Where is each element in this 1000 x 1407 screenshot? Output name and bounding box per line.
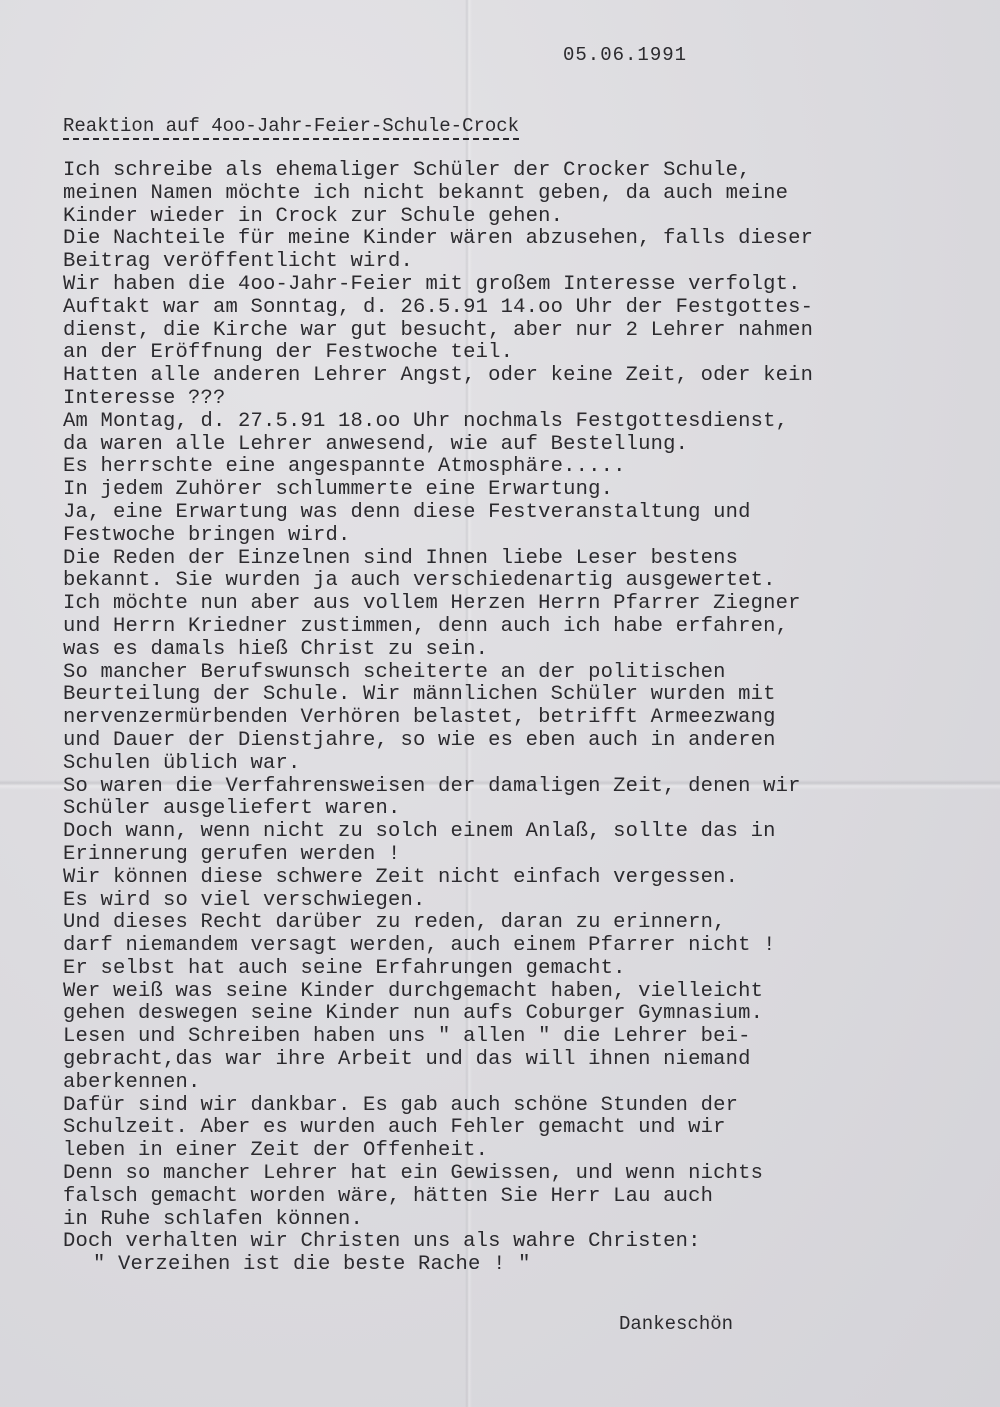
text-line: Schulen üblich war. — [63, 753, 943, 776]
text-line: dienst, die Kirche war gut besucht, aber… — [63, 320, 943, 343]
text-line: gehen deswegen seine Kinder nun aufs Cob… — [63, 1003, 943, 1026]
text-line: und Herrn Kriedner zustimmen, denn auch … — [63, 616, 943, 639]
text-line: darf niemandem versagt werden, auch eine… — [63, 935, 943, 958]
text-line: Ich möchte nun aber aus vollem Herzen He… — [63, 593, 943, 616]
letter-date: 05.06.1991 — [563, 44, 687, 66]
text-line: So mancher Berufswunsch scheiterte an de… — [63, 662, 943, 685]
text-line: an der Eröffnung der Festwoche teil. — [63, 342, 943, 365]
text-line: In jedem Zuhörer schlummerte eine Erwart… — [63, 479, 943, 502]
letter-title: Reaktion auf 4oo-Jahr-Feier-Schule-Crock — [63, 115, 519, 140]
text-line: in Ruhe schlafen können. — [63, 1209, 943, 1232]
text-line: So waren die Verfahrensweisen der damali… — [63, 776, 943, 799]
text-line: Wir können diese schwere Zeit nicht einf… — [63, 867, 943, 890]
text-line: Es wird so viel verschwiegen. — [63, 890, 943, 913]
text-line: Wir haben die 4oo-Jahr-Feier mit großem … — [63, 274, 943, 297]
letter-signoff: Dankeschön — [619, 1313, 733, 1335]
text-line: Festwoche bringen wird. — [63, 525, 943, 548]
text-line: Doch verhalten wir Christen uns als wahr… — [63, 1231, 943, 1254]
text-line: Und dieses Recht darüber zu reden, daran… — [63, 912, 943, 935]
text-line: Beitrag veröffentlicht wird. — [63, 251, 943, 274]
text-line: Denn so mancher Lehrer hat ein Gewissen,… — [63, 1163, 943, 1186]
text-line: meinen Namen möchte ich nicht bekannt ge… — [63, 183, 943, 206]
text-line: und Dauer der Dienstjahre, so wie es ebe… — [63, 730, 943, 753]
text-line: Am Montag, d. 27.5.91 18.oo Uhr nochmals… — [63, 411, 943, 434]
text-line: Beurteilung der Schule. Wir männlichen S… — [63, 684, 943, 707]
text-line: da waren alle Lehrer anwesend, wie auf B… — [63, 434, 943, 457]
text-line: Hatten alle anderen Lehrer Angst, oder k… — [63, 365, 943, 388]
text-line: Schulzeit. Aber es wurden auch Fehler ge… — [63, 1117, 943, 1140]
text-line: gebracht,das war ihre Arbeit und das wil… — [63, 1049, 943, 1072]
text-line: aberkennen. — [63, 1072, 943, 1095]
text-line: Er selbst hat auch seine Erfahrungen gem… — [63, 958, 943, 981]
text-line: leben in einer Zeit der Offenheit. — [63, 1140, 943, 1163]
closing-quote: " Verzeihen ist die beste Rache ! " — [63, 1254, 943, 1277]
text-line: Die Nachteile für meine Kinder wären abz… — [63, 228, 943, 251]
text-line: Wer weiß was seine Kinder durchgemacht h… — [63, 981, 943, 1004]
text-line: Lesen und Schreiben haben uns " allen " … — [63, 1026, 943, 1049]
text-line: Interesse ??? — [63, 388, 943, 411]
text-line: Schüler ausgeliefert waren. — [63, 798, 943, 821]
text-line: was es damals hieß Christ zu sein. — [63, 639, 943, 662]
text-line: Kinder wieder in Crock zur Schule gehen. — [63, 206, 943, 229]
text-line: Es herrschte eine angespannte Atmosphäre… — [63, 456, 943, 479]
text-line: Ja, eine Erwartung was denn diese Festve… — [63, 502, 943, 525]
text-line: Erinnerung gerufen werden ! — [63, 844, 943, 867]
text-line: Doch wann, wenn nicht zu solch einem Anl… — [63, 821, 943, 844]
text-line: Dafür sind wir dankbar. Es gab auch schö… — [63, 1095, 943, 1118]
letter-body: Ich schreibe als ehemaliger Schüler der … — [63, 160, 943, 1277]
text-line: Auftakt war am Sonntag, d. 26.5.91 14.oo… — [63, 297, 943, 320]
text-line: Die Reden der Einzelnen sind Ihnen liebe… — [63, 548, 943, 571]
text-line: Ich schreibe als ehemaliger Schüler der … — [63, 160, 943, 183]
text-line: falsch gemacht worden wäre, hätten Sie H… — [63, 1186, 943, 1209]
text-line: nervenzermürbenden Verhören belastet, be… — [63, 707, 943, 730]
text-line: bekannt. Sie wurden ja auch verschiedena… — [63, 570, 943, 593]
